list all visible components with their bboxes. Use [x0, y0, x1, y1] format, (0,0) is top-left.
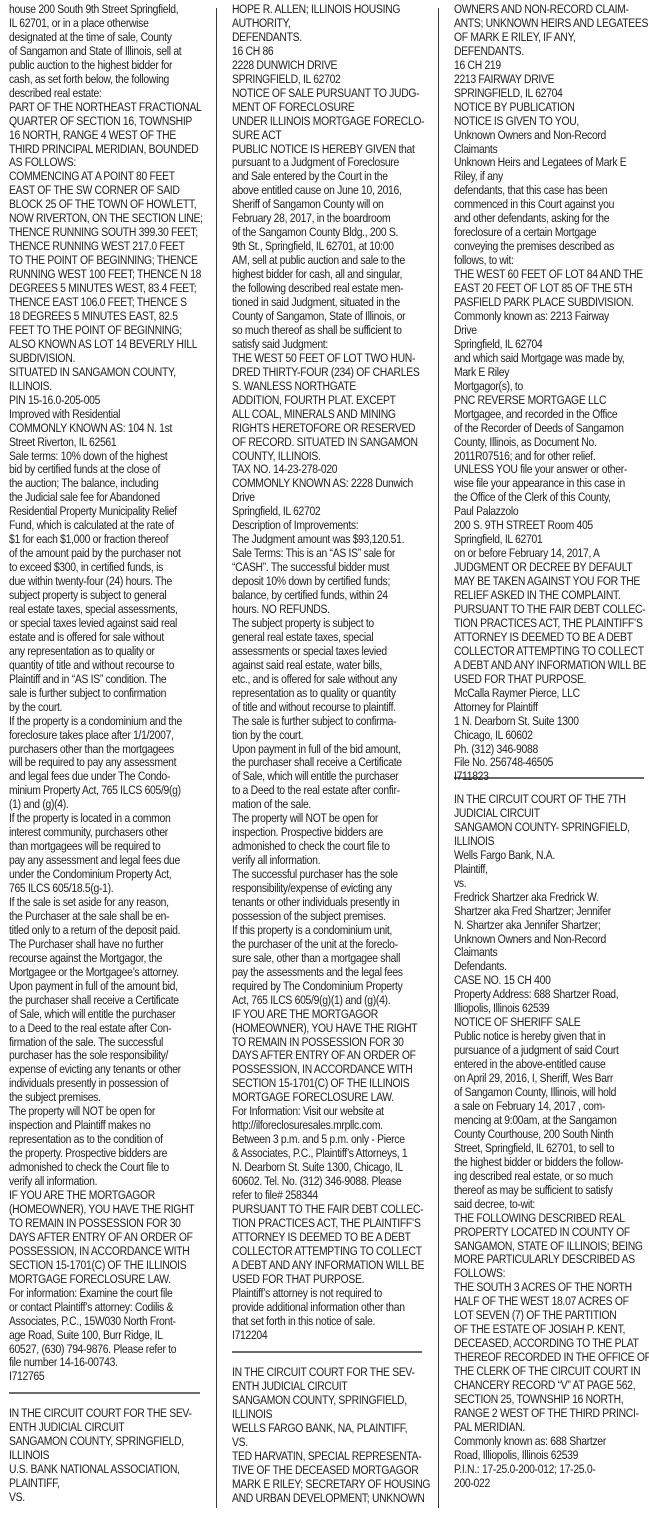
notice-text-line: AUTHORITY, [232, 17, 424, 31]
notice-text-line: against said real estate, water bills, [232, 659, 424, 673]
notice-text-line: POSSESSION, IN ACCORDANCE WITH [232, 1063, 424, 1077]
notice-text-line: Ph. (312) 346-9088 [454, 743, 646, 757]
notice-text-line: subject property is subject to general [9, 589, 199, 603]
notice-text-line: N. Shartzer aka Jennifer Shartzer; [454, 919, 646, 933]
notice-text-line: inspection and Plaintiff makes no [9, 1119, 199, 1133]
notice-text-line: foreclosure of a certain Mortgage [454, 226, 646, 240]
notice-text-line: Mortgagee or the Mortgagee’s attorney. [9, 966, 199, 980]
notice-text-line: commenced in this Court against you [454, 198, 646, 212]
notice-text-line: satisfy said Judgment: [232, 338, 424, 352]
notice-text-line: File No. 256748-46505 [454, 756, 646, 770]
notice-text-line: the purchaser of the unit at the foreclo… [232, 938, 424, 952]
notice-text-line: any representation as to quality or [9, 645, 199, 659]
notice-text-line: than mortgagees will be required to [9, 840, 199, 854]
notice-text-line: HALF OF THE WEST 18.07 ACRES OF [454, 1295, 646, 1309]
notice-text-line: DEGREES 5 MINUTES WEST, 83.4 FEET; [9, 282, 199, 296]
notice-text-line: age Road, Suite 100, Burr Ridge, IL [9, 1329, 199, 1343]
notice-text-line: representation as to the condition of [9, 1133, 199, 1147]
notice-text-line: admonished to check the Court file to [9, 1161, 199, 1175]
notice-separator-col1 [9, 1392, 200, 1394]
notice-text-line: USED FOR THAT PURPOSE. [454, 673, 646, 687]
notice-text-line: Commonly known as: 688 Shartzer [454, 1435, 646, 1449]
notice-text-line: Description of Improvements: [232, 519, 424, 533]
notice-text-line: tenants or other individuals presently i… [232, 896, 424, 910]
notice-text-line: I712204 [232, 1329, 424, 1343]
notice-text-line: of the Recorder of Deeds of Sangamon [454, 422, 646, 436]
notice-text-line: public auction to the highest bidder for [9, 59, 199, 73]
notice-text-line: provide additional information other tha… [232, 1301, 424, 1315]
notice-text-line: (1) and (g)(4). [9, 798, 199, 812]
notice-text-line: Springfield, IL 62701 [454, 533, 646, 547]
notice-text-line: THIRD PRINCIPAL MERIDIAN, BOUNDED [9, 143, 199, 157]
notice-text-line: inspection. Prospective bidders are [232, 826, 424, 840]
notice-text-line: above entitled cause on June 10, 2016, [232, 184, 424, 198]
notice-text-line: LOT SEVEN (7) OF THE PARTITION [454, 1309, 646, 1323]
notice-text-line: The property will NOT be open for [9, 1105, 199, 1119]
notice-text-line: ALSO KNOWN AS LOT 14 BEVERLY HILL [9, 338, 199, 352]
notice-text-line: described real estate: [9, 87, 199, 101]
notice-text-line: conveying the premises described as [454, 240, 646, 254]
notice-text-line: of the amount paid by the purchaser not [9, 547, 199, 561]
notice-text-line: THENCE RUNNING SOUTH 399.30 FEET; [9, 226, 199, 240]
notice-text-line: and legal fees due under The Condo- [9, 770, 199, 784]
notice-text-line: Street Riverton, IL 62561 [9, 436, 199, 450]
notice-text-line: refer to file# 258344 [232, 1189, 424, 1203]
notice-text-line: Springfield, IL 62702 [232, 505, 424, 519]
notice-text-line: Property Address: 688 Shartzer Road, [454, 988, 646, 1002]
notice-text-line: file number 14-16-00743. [9, 1356, 199, 1370]
notice-text-line: on April 29, 2016, I, Sheriff, Wes Barr [454, 1072, 646, 1086]
notice-text-line: AM, sell at public auction and sale to t… [232, 254, 424, 268]
notice-text-line: RANGE 2 WEST OF THE THIRD PRINCI- [454, 1407, 646, 1421]
notice-text-line: I712765 [9, 1370, 199, 1384]
notice-text-line: IN THE CIRCUIT COURT FOR THE SEV- [9, 1407, 199, 1421]
notice-text-line: Sale terms: 10% down of the highest [9, 450, 199, 464]
notice-text-line: ILLINOIS [232, 1408, 424, 1422]
notice-text-line: Claimants [454, 143, 646, 157]
notice-text-line: 2213 FAIRWAY DRIVE [454, 73, 646, 87]
notice-text-line: TO REMAIN IN POSSESSION FOR 30 [232, 1036, 424, 1050]
notice-text-line: Defendants. [454, 960, 646, 974]
notice-text-line: IN THE CIRCUIT COURT FOR THE SEV- [232, 1366, 424, 1380]
notice-text-line: quantity of title and without recourse t… [9, 659, 199, 673]
notice-text-line: a sale on February 14, 2017 , com- [454, 1100, 646, 1114]
notice-text-line: Sheriff of Sangamon County will on [232, 198, 424, 212]
notice-text-line: real estate taxes, special assessments, [9, 603, 199, 617]
notice-text-line: VS. [9, 1491, 199, 1505]
notice-text-line: to a Deed to the real estate after Con- [9, 1022, 199, 1036]
notice-text-line: TAX NO. 14-23-278-020 [232, 463, 424, 477]
notice-text-line: TO REMAIN IN POSSESSION FOR 30 [9, 1217, 199, 1231]
notice-text-line: If the property is a condominium and the [9, 715, 199, 729]
notice-text-line: COLLECTOR ATTEMPTING TO COLLECT [454, 645, 646, 659]
notice-text-line: RIGHTS HERETOFORE OR RESERVED [232, 422, 424, 436]
notice-text-line: County of Sangamon, State of Illinois, o… [232, 310, 424, 324]
notice-text-line: (HOMEOWNER), YOU HAVE THE RIGHT [9, 1203, 199, 1217]
notice-text-line: UNDER ILLINOIS MORTGAGE FORECLO- [232, 115, 424, 129]
notice-text-line: PART OF THE NORTHEAST FRACTIONAL [9, 101, 199, 115]
notice-text-line: or special taxes levied against said rea… [9, 617, 199, 631]
notice-text-line: Sale Terms: This is an “AS IS” sale for [232, 547, 424, 561]
notice-text-line: PURSUANT TO THE FAIR DEBT COLLEC- [232, 1203, 424, 1217]
notice-text-line: Unknown Owners and Non-Record [454, 933, 646, 947]
notice-text-line: due within twenty-four (24) hours. The [9, 575, 199, 589]
notice-text-line: MENT OF FORECLOSURE [232, 101, 424, 115]
notice-text-line: tion by the court. [232, 729, 424, 743]
notice-text-line: Associates, P.C., 15W030 North Front- [9, 1315, 199, 1329]
notice-text-line: sale is further subject to confirmation [9, 687, 199, 701]
notice-text-line: & Associates, P.C., Plaintiff’s Attorney… [232, 1147, 424, 1161]
notice-text-line: minium Property Act, 765 ILCS 605/9(g) [9, 784, 199, 798]
notice-text-line: HOPE R. ALLEN; ILLINOIS HOUSING [232, 3, 424, 17]
notice-text-line: 200-022 [454, 1477, 646, 1491]
notice-text-line: expense of evicting any tenants or other [9, 1063, 199, 1077]
notice-text-line: SPRINGFIELD, IL 62704 [454, 87, 646, 101]
notice-text-line: 16 CH 86 [232, 45, 424, 59]
notice-text-line: IN THE CIRCUIT COURT OF THE 7TH [454, 793, 646, 807]
notice-block-shartzer: IN THE CIRCUIT COURT OF THE 7THJUDICIAL … [454, 793, 646, 1491]
notice-text-line: If this property is a condominium unit, [232, 924, 424, 938]
notice-separator-col2 [232, 1351, 422, 1353]
notice-text-line: VS. [232, 1436, 424, 1450]
notice-text-line: of Sale, which will entitle the purchase… [232, 770, 424, 784]
notice-text-line: COLLECTOR ATTEMPTING TO COLLECT [232, 1245, 424, 1259]
notice-text-line: SANGAMON COUNTY, SPRINGFIELD, [232, 1394, 424, 1408]
notice-text-line: Unknown Heirs and Legatees of Mark E [454, 156, 646, 170]
notice-text-line: PAL MERIDIAN. [454, 1421, 646, 1435]
notice-text-line: SURE ACT [232, 129, 424, 143]
notice-text-line: the following described real estate men- [232, 282, 424, 296]
notice-text-line: the Office of the Clerk of this County, [454, 491, 646, 505]
notice-text-line: the property. Prospective bidders are [9, 1147, 199, 1161]
notice-text-line: Act, 765 ILCS 605/9(g)(1) and (g)(4). [232, 994, 424, 1008]
notice-block-riverton: house 200 South 9th Street Springfield,I… [9, 3, 199, 1384]
notice-text-line: NOTICE OF SALE PURSUANT TO JUDG- [232, 87, 424, 101]
notice-text-line: RELIEF ASKED IN THE COMPLAINT. [454, 589, 646, 603]
notice-text-line: If the property is located in a common [9, 812, 199, 826]
notice-text-line: DAYS AFTER ENTRY OF AN ORDER OF [232, 1049, 424, 1063]
notice-text-line: titled only to a return of the deposit p… [9, 924, 199, 938]
notice-text-line: thereof as may be sufficient to satisfy [454, 1184, 646, 1198]
notice-text-line: $1 for each $1,000 or fraction thereof [9, 533, 199, 547]
notice-text-line: 765 ILCS 605/18.5(g-1). [9, 882, 199, 896]
notice-text-line: UNLESS YOU file your answer or other- [454, 463, 646, 477]
notice-block-us-bank: IN THE CIRCUIT COURT FOR THE SEV-ENTH JU… [9, 1407, 199, 1505]
notice-text-line: pursuance of a judgment of said Court [454, 1044, 646, 1058]
notice-text-line: OF RECORD. SITUATED IN SANGAMON [232, 436, 424, 450]
notice-text-line: foreclosure takes place after 1/1/2007, [9, 729, 199, 743]
notice-text-line: Mark E Riley [454, 366, 646, 380]
notice-text-line: A DEBT AND ANY INFORMATION WILL BE [232, 1259, 424, 1273]
notice-text-line: COMMENCING AT A POINT 80 FEET [9, 170, 199, 184]
notice-text-line: the purchaser shall receive a Certificat… [9, 994, 199, 1008]
notice-text-line: The sale is further subject to confirma- [232, 715, 424, 729]
notice-text-line: vs. [454, 877, 646, 891]
notice-text-line: Paul Palazzolo [454, 505, 646, 519]
notice-text-line: THE SOUTH 3 ACRES OF THE NORTH [454, 1281, 646, 1295]
notice-text-line: verify all information. [232, 854, 424, 868]
notice-text-line: Residential Property Municipality Relief [9, 505, 199, 519]
notice-text-line: responsibility/expense of evicting any [232, 882, 424, 896]
notice-text-line: NOTICE IS GIVEN TO YOU, [454, 115, 646, 129]
notice-text-line: 16 NORTH, RANGE 4 WEST OF THE [9, 129, 199, 143]
notice-text-line: THE FOLLOWING DESCRIBED REAL [454, 1212, 646, 1226]
notice-text-line: purchasers other than the mortgagees [9, 743, 199, 757]
notice-text-line: USED FOR THAT PURPOSE. [232, 1273, 424, 1287]
notice-text-line: OWNERS AND NON-RECORD CLAIM- [454, 3, 646, 17]
notice-text-line: said decree, to-wit: [454, 1198, 646, 1212]
notice-text-line: AND URBAN DEVELOPMENT; UNKNOWN [232, 1492, 424, 1506]
notice-text-line: ATTORNEY IS DEEMED TO BE A DEBT [232, 1231, 424, 1245]
notice-text-line: FEET TO THE POINT OF BEGINNING; [9, 324, 199, 338]
notice-text-line: 60602. Tel. No. (312) 346-9088. Please [232, 1175, 424, 1189]
notice-text-line: 1 N. Dearborn St. Suite 1300 [454, 715, 646, 729]
notice-text-line: tioned in said Judgment, situated in the [232, 296, 424, 310]
notice-text-line: PUBLIC NOTICE IS HEREBY GIVEN that [232, 143, 424, 157]
notice-text-line: on or before February 14, 2017, A [454, 547, 646, 561]
notice-text-line: pay the assessments and the legal fees [232, 966, 424, 980]
notice-text-line: For Information: Visit our website at [232, 1105, 424, 1119]
notice-text-line: of title and without recourse to plainti… [232, 701, 424, 715]
notice-text-line: A DEBT AND ANY INFORMATION WILL BE [454, 659, 646, 673]
notice-text-line: firmation of the sale. The successful [9, 1036, 199, 1050]
notice-text-line: OF THE ESTATE OF JOSIAH P. KENT, [454, 1323, 646, 1337]
notice-text-line: pay any assessment and legal fees due [9, 854, 199, 868]
notice-text-line: Upon payment in full of the amount bid, [9, 980, 199, 994]
notice-text-line: SANGAMON, STATE OF ILLINOIS; BEING [454, 1240, 646, 1254]
notice-text-line: Shartzer aka Fred Shartzer; Jennifer [454, 905, 646, 919]
notice-text-line: DRED THIRTY-FOUR (234) OF CHARLES [232, 366, 424, 380]
notice-text-line: general real estate taxes, special [232, 631, 424, 645]
notice-block-fairway: OWNERS AND NON-RECORD CLAIM-ANTS; UNKNOW… [454, 3, 646, 784]
notice-text-line: required by The Condominium Property [232, 980, 424, 994]
notice-text-line: U.S. BANK NATIONAL ASSOCIATION, [9, 1463, 199, 1477]
notice-text-line: Fredrick Shartzer aka Fredrick W. [454, 891, 646, 905]
notice-text-line: COMMONLY KNOWN AS: 104 N. 1st [9, 422, 199, 436]
notice-text-line: DAYS AFTER ENTRY OF AN ORDER OF [9, 1231, 199, 1245]
notice-text-line: The property will NOT be open for [232, 812, 424, 826]
notice-text-line: Between 3 p.m. and 5 p.m. only - Pierce [232, 1133, 424, 1147]
notice-text-line: to exceed $300, in certified funds, is [9, 561, 199, 575]
notice-text-line: highest bidder for cash, all and singula… [232, 268, 424, 282]
notice-text-line: hours. NO REFUNDS. [232, 603, 424, 617]
notice-text-line: Public notice is hereby given that in [454, 1030, 646, 1044]
notice-text-line: FOLLOWS: [454, 1267, 646, 1281]
notice-block-dunwich: HOPE R. ALLEN; ILLINOIS HOUSINGAUTHORITY… [232, 3, 424, 1343]
notice-text-line: interest community, purchasers other [9, 826, 199, 840]
notice-text-line: purchaser has the sole responsibility/ [9, 1049, 199, 1063]
notice-text-line: RUNNING WEST 100 FEET; THENCE N 18 [9, 268, 199, 282]
notice-text-line: http://ilforeclosuresales.mrpllc.com. [232, 1119, 424, 1133]
notice-text-line: ENTH JUDICIAL CIRCUIT [232, 1380, 424, 1394]
notice-text-line: under the Condominium Property Act, [9, 868, 199, 882]
notice-text-line: Drive [232, 491, 424, 505]
notice-text-line: assessments or special taxes levied [232, 645, 424, 659]
notice-text-line: individuals presently in possession of [9, 1077, 199, 1091]
notice-text-line: THENCE RUNNING WEST 217.0 FEET [9, 240, 199, 254]
notice-text-line: TED HARVATIN, SPECIAL REPRESENTA- [232, 1450, 424, 1464]
notice-text-line: the highest bidder or bidders the follow… [454, 1156, 646, 1170]
notice-text-line: “CASH”. The successful bidder must [232, 561, 424, 575]
notice-block-wells-fargo-riley: IN THE CIRCUIT COURT FOR THE SEV-ENTH JU… [232, 1366, 424, 1506]
notice-text-line: balance, by certified funds, within 24 [232, 589, 424, 603]
notice-text-line: the Purchaser at the sale shall be en- [9, 910, 199, 924]
notice-text-line: 18 DEGREES 5 MINUTES EAST, 82.5 [9, 310, 199, 324]
notice-text-line: SANGAMON COUNTY- SPRINGFIELD, [454, 821, 646, 835]
notice-text-line: TIVE OF THE DECEASED MORTGAGOR [232, 1464, 424, 1478]
notice-text-line: recourse against the Mortgagor, the [9, 952, 199, 966]
notice-text-line: PROPERTY LOCATED IN COUNTY OF [454, 1226, 646, 1240]
notice-text-line: deposit 10% down by certified funds; [232, 575, 424, 589]
notice-text-line: sure sale, other than a mortgagee shall [232, 952, 424, 966]
notice-text-line: mation of the sale. [232, 798, 424, 812]
notice-text-line: Fund, which is calculated at the rate of [9, 519, 199, 533]
notice-text-line: Upon payment in full of the bid amount, [232, 743, 424, 757]
notice-text-line: ENTH JUDICIAL CIRCUIT [9, 1421, 199, 1435]
notice-text-line: COMMONLY KNOWN AS: 2228 Dunwich [232, 477, 424, 491]
notice-text-line: NOTICE BY PUBLICATION [454, 101, 646, 115]
notice-text-line: MORTGAGE FORECLOSURE LAW. [232, 1091, 424, 1105]
notice-text-line: or contact Plaintiff’s attorney: Codilis… [9, 1301, 199, 1315]
notice-text-line: verify all information. [9, 1175, 199, 1189]
notice-text-line: will be required to pay any assessment [9, 756, 199, 770]
notice-text-line: THE CLERK OF THE CIRCUIT COURT IN [454, 1365, 646, 1379]
notice-text-line: that set forth in this notice of sale. [232, 1315, 424, 1329]
notice-text-line: For information: Examine the court file [9, 1287, 199, 1301]
notice-text-line: the Judicial sale fee for Abandoned [9, 491, 199, 505]
notice-text-line: Springfield, IL 62704 [454, 338, 646, 352]
notice-text-line: SANGAMON COUNTY, SPRINGFIELD, [9, 1435, 199, 1449]
notice-text-line: admonished to check the court file to [232, 840, 424, 854]
notice-text-line: bid by certified funds at the close of [9, 463, 199, 477]
notice-text-line: (HOMEOWNER), YOU HAVE THE RIGHT [232, 1022, 424, 1036]
notice-text-line: Unknown Owners and Non-Record [454, 129, 646, 143]
notice-text-line: I711823 [454, 770, 646, 784]
notice-text-line: P.I.N.: 17-25.0-200-012; 17-25.0- [454, 1463, 646, 1477]
column-2: HOPE R. ALLEN; ILLINOIS HOUSINGAUTHORITY… [232, 3, 424, 1343]
column-divider-1 [216, 8, 217, 1508]
notice-text-line: estate and is offered for sale without [9, 631, 199, 645]
notice-text-line: OF MARK E RILEY, IF ANY, [454, 31, 646, 45]
notice-text-line: Claimants [454, 946, 646, 960]
legal-notices-page: house 200 South 9th Street Springfield,I… [0, 0, 649, 1524]
notice-text-line: SECTION 15-1701(C) OF THE ILLINOIS [9, 1259, 199, 1273]
notice-text-line: defendants, that this case has been [454, 184, 646, 198]
notice-text-line: EAST 20 FEET OF LOT 85 OF THE 5TH [454, 282, 646, 296]
notice-text-line: WELLS FARGO BANK, NA, PLAINTIFF, [232, 1422, 424, 1436]
notice-text-line: If the sale is set aside for any reason, [9, 896, 199, 910]
notice-text-line: COUNTY, ILLINOIS. [232, 450, 424, 464]
notice-text-line: IL 62701, or in a place otherwise [9, 17, 199, 31]
notice-text-line: mencing at 9:00am, at the Sangamon [454, 1114, 646, 1128]
notice-text-line: THE WEST 50 FEET OF LOT TWO HUN- [232, 352, 424, 366]
notice-text-line: Riley, if any [454, 170, 646, 184]
notice-text-line: PNC REVERSE MORTGAGE LLC [454, 394, 646, 408]
notice-text-line: PIN 15-16.0-205-005 [9, 394, 199, 408]
notice-text-line: Street, Springfield, IL 62701, to sell t… [454, 1142, 646, 1156]
notice-text-line: MARK E RILEY; SECRETARY OF HOUSING [232, 1478, 424, 1492]
notice-text-line: IF YOU ARE THE MORTGAGOR [232, 1008, 424, 1022]
notice-text-line: Illiopolis, Illinois 62539 [454, 1002, 646, 1016]
notice-text-line: S. WANLESS NORTHGATE [232, 380, 424, 394]
notice-text-line: to a Deed to the real estate after confi… [232, 784, 424, 798]
notice-text-line: February 28, 2017, in the boardroom [232, 212, 424, 226]
notice-text-line: 200 S. 9TH STREET Room 405 [454, 519, 646, 533]
notice-text-line: of the Sangamon County Bldg., 200 S. [232, 226, 424, 240]
notice-text-line: The Judgment amount was $93,120.51. [232, 533, 424, 547]
notice-text-line: Drive [454, 324, 646, 338]
column-1-next-notice: IN THE CIRCUIT COURT FOR THE SEV-ENTH JU… [9, 1407, 199, 1505]
notice-text-line: The successful purchaser has the sole [232, 868, 424, 882]
notice-text-line: EAST OF THE SW CORNER OF SAID [9, 184, 199, 198]
notice-text-line: and which said Mortgage was made by, [454, 352, 646, 366]
notice-text-line: IF YOU ARE THE MORTGAGOR [9, 1189, 199, 1203]
notice-text-line: the auction; The balance, including [9, 477, 199, 491]
notice-text-line: N. Dearborn St. Suite 1300, Chicago, IL [232, 1161, 424, 1175]
notice-text-line: McCalla Raymer Pierce, LLC [454, 687, 646, 701]
notice-text-line: and other defendants, asking for the [454, 212, 646, 226]
notice-text-line: cash, as set forth below, the following [9, 73, 199, 87]
notice-text-line: ATTORNEY IS DEEMED TO BE A DEBT [454, 631, 646, 645]
notice-text-line: QUARTER OF SECTION 16, TOWNSHIP [9, 115, 199, 129]
notice-text-line: TO THE POINT OF BEGINNING; THENCE [9, 254, 199, 268]
notice-text-line: Plaintiff, [454, 863, 646, 877]
notice-text-line: Plaintiff’s attorney is not required to [232, 1287, 424, 1301]
notice-text-line: MORTGAGE FORECLOSURE LAW. [9, 1273, 199, 1287]
notice-text-line: AS FOLLOWS: [9, 156, 199, 170]
notice-text-line: County, Illinois, as Document No. [454, 436, 646, 450]
notice-text-line: ILLINOIS [454, 835, 646, 849]
notice-text-line: The subject property is subject to [232, 617, 424, 631]
notice-text-line: ALL COAL, MINERALS AND MINING [232, 408, 424, 422]
notice-text-line: BLOCK 25 OF THE TOWN OF HOWLETT, [9, 198, 199, 212]
column-2-next-notice: IN THE CIRCUIT COURT FOR THE SEV-ENTH JU… [232, 1366, 424, 1506]
notice-text-line: DEFENDANTS. [454, 45, 646, 59]
notice-text-line: representation as to quality or quantity [232, 687, 424, 701]
notice-text-line: ing described real estate, or so much [454, 1170, 646, 1184]
notice-text-line: County Courthouse, 200 South Ninth [454, 1128, 646, 1142]
notice-text-line: MAY BE TAKEN AGAINST YOU FOR THE [454, 575, 646, 589]
notice-text-line: follows, to wit: [454, 254, 646, 268]
notice-text-line: TION PRACTICES ACT, THE PLAINTIFF’S [454, 617, 646, 631]
notice-text-line: house 200 South 9th Street Springfield, [9, 3, 199, 17]
notice-text-line: The Purchaser shall have no further [9, 938, 199, 952]
notice-text-line: possession of the subject premises. [232, 910, 424, 924]
notice-text-line: THENCE EAST 106.0 FEET; THENCE S [9, 296, 199, 310]
column-divider-2 [438, 8, 439, 1508]
notice-text-line: PLAINTIFF, [9, 1477, 199, 1491]
notice-text-line: PASFIELD PARK PLACE SUBDIVISION. [454, 296, 646, 310]
notice-text-line: CASE NO. 15 CH 400 [454, 974, 646, 988]
notice-text-line: NOW RIVERTON, ON THE SECTION LINE; [9, 212, 199, 226]
notice-text-line: SECTION 15-1701(C) OF THE ILLINOIS [232, 1077, 424, 1091]
notice-text-line: ANTS; UNKNOWN HEIRS AND LEGATEES [454, 17, 646, 31]
notice-text-line: POSSESSION, IN ACCORDANCE WITH [9, 1245, 199, 1259]
notice-text-line: CHANCERY RECORD “V” AT PAGE 562, [454, 1379, 646, 1393]
notice-text-line: JUDGMENT OR DECREE BY DEFAULT [454, 561, 646, 575]
notice-text-line: SUBDIVISION. [9, 352, 199, 366]
notice-text-line: Plaintiff and in “AS IS” condition. The [9, 673, 199, 687]
notice-text-line: designated at the time of sale, County [9, 31, 199, 45]
notice-text-line: THE WEST 60 FEET OF LOT 84 AND THE [454, 268, 646, 282]
notice-text-line: DEFENDANTS. [232, 31, 424, 45]
notice-text-line: 9th St., Springfield, IL 62701, at 10:00 [232, 240, 424, 254]
notice-text-line: of Sale, which will entitle the purchase… [9, 1008, 199, 1022]
notice-text-line: so much thereof as shall be sufficient t… [232, 324, 424, 338]
notice-text-line: Chicago, IL 60602 [454, 729, 646, 743]
notice-text-line: ADDITION, FOURTH PLAT. EXCEPT [232, 394, 424, 408]
notice-text-line: Improved with Residential [9, 408, 199, 422]
